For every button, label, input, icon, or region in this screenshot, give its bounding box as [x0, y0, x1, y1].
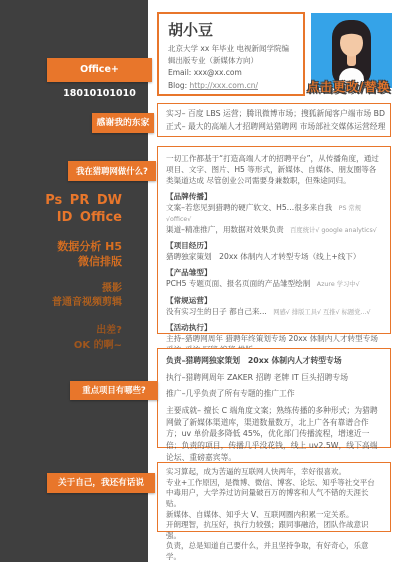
work-item-text: 文案–若您见到猎聘的硬广软文、H5…很多来自我	[166, 203, 332, 212]
skills-group-data: 数据分析 H5 微信排版	[0, 239, 122, 269]
work-item: 文案–若您见到猎聘的硬广软文、H5…很多来自我 PS 常规 √office√	[166, 202, 382, 224]
email-line: Email: xxx@xx.com	[168, 67, 294, 79]
blog-label: Blog:	[168, 81, 187, 90]
work-section-brand: 【品牌传播】 文案–若您见到猎聘的硬广软文、H5…很多来自我 PS 常规 √of…	[166, 191, 382, 235]
about-line: 实习算起，成为苦逼的互联网人快两年，幸好很喜欢。	[166, 467, 382, 478]
skill-line: OK 的啊~	[0, 338, 122, 353]
skill-line: 数据分析 H5	[0, 239, 122, 254]
education-line: 北京大学 xx 年毕业 电视新闻学院编辑出版专业（新媒体方向）	[168, 43, 294, 66]
work-section-heading: 【品牌传播】	[166, 191, 382, 202]
skill-line: 出差?	[0, 323, 122, 338]
employers-internship-line: 实习– 百度 LBS 运营；腾讯微博市场；搜狐新闻客户端市场 BD	[166, 108, 382, 121]
work-item-text: 主持–猎聘网周年 猎聘年终策划专场 20xx 体制内人才转型专场	[166, 334, 378, 343]
blog-link[interactable]: http://xxx.com.cn/	[190, 81, 258, 90]
project-exec-line: 执行–猎聘网周年 ZAKER 招聘 老牌 IT 巨头招聘专场	[166, 372, 382, 384]
skill-line: 摄影	[0, 282, 122, 296]
section-label-employers: 感谢我的东家	[92, 113, 154, 133]
projects-card: 负责–猎聘网独家策划 20xx 体制内人才转型专场 执行–猎聘网周年 ZAKER…	[157, 348, 391, 448]
blog-line: Blog: http://xxx.com.cn/	[168, 80, 294, 92]
resume-page: Office+ 18010101010 感谢我的东家 我在猎聘网做什么? 重点项…	[0, 0, 400, 565]
name-card: 胡小豆 北京大学 xx 年毕业 电视新闻学院编辑出版专业（新媒体方向） Emai…	[157, 12, 305, 96]
section-label-about: 关于自己，我还有话说	[47, 473, 155, 493]
profile-photo[interactable]: 点击更改/替换	[311, 13, 392, 88]
about-line: 开朗理智，抗压好，执行力较强；跟同事融洽，团队作战意识强。	[166, 520, 382, 541]
skills-group-media: 摄影 普通音视频剪辑	[0, 282, 122, 310]
contact-ribbon: Office+ 18010101010	[47, 58, 152, 82]
employers-card: 实习– 百度 LBS 运营；腾讯微博市场；搜狐新闻客户端市场 BD 正式– 最大…	[157, 103, 391, 137]
skills-group-travel: 出差? OK 的啊~	[0, 323, 122, 353]
work-item-note: 网感√ 排版工具√ 互推√ 标题党...√	[273, 309, 370, 316]
skill-line: Ps PR DW	[0, 192, 122, 209]
work-item: 没有实习生的日子 都自己来... 网感√ 排版工具√ 互推√ 标题党...√	[166, 306, 382, 317]
work-section-heading: 【常规运营】	[166, 295, 382, 306]
work-section-operations: 【常规运营】 没有实习生的日子 都自己来... 网感√ 排版工具√ 互推√ 标题…	[166, 295, 382, 317]
candidate-name: 胡小豆	[168, 21, 294, 39]
skill-line: ID Office	[0, 209, 122, 226]
about-line: 负责，总是知道自己要什么，并且坚持争取，有好奇心，乐意学。	[166, 541, 382, 562]
about-card: 实习算起，成为苦逼的互联网人快两年，幸好很喜欢。 专业+工作原因，是微博、微信、…	[157, 462, 391, 532]
work-card: 一切工作都基于“打造高端人才的招聘平台”，从传播角度，通过项目、文字、图片、H5…	[157, 146, 391, 334]
about-line: 新媒体、自媒体、知乎大 V、互联网圈内积累一定关系。	[166, 510, 382, 521]
skills-group-software: Ps PR DW ID Office	[0, 192, 122, 226]
work-item-text: 猎聘独家策划 20xx 体制内人才转型专场（线上+线下）	[166, 252, 361, 261]
about-line: 专业+工作原因，是微博、微信、博客、论坛、知乎等社交平台中毒用户，大学养过访问量…	[166, 478, 382, 510]
work-item: 猎聘独家策划 20xx 体制内人才转型专场（线上+线下）	[166, 251, 382, 262]
work-section-heading: 【产品雏型】	[166, 267, 382, 278]
work-item-text: PCH5 专题页面、报名页面的产品雏型绘制	[166, 279, 310, 288]
work-section-heading: 【活动执行】	[166, 322, 382, 333]
work-section-heading: 【项目经历】	[166, 240, 382, 251]
work-item-note: Azure 学习中√	[317, 281, 360, 288]
work-item: PCH5 专题页面、报名页面的产品雏型绘制 Azure 学习中√	[166, 278, 382, 289]
work-item-text: 没有实习生的日子 都自己来...	[166, 307, 267, 316]
project-lead-line: 负责–猎聘网独家策划 20xx 体制内人才转型专场	[166, 355, 382, 367]
work-section-prototype: 【产品雏型】 PCH5 专题页面、报名页面的产品雏型绘制 Azure 学习中√	[166, 267, 382, 289]
skill-line: 微信排版	[0, 254, 122, 269]
person-illustration	[311, 13, 392, 88]
work-section-project: 【项目经历】 猎聘独家策划 20xx 体制内人才转型专场（线上+线下）	[166, 240, 382, 262]
section-label-projects: 重点项目有哪些?	[70, 381, 158, 400]
work-intro: 一切工作都基于“打造高端人才的招聘平台”，从传播角度，通过项目、文字、图片、H5…	[166, 153, 382, 186]
employers-fulltime-line: 正式– 最大的高端人才招聘网站猎聘网 市场部社交媒体运营经理	[166, 121, 382, 134]
work-item-text: 渠道–精准推广，用数据对效果负责	[166, 225, 284, 234]
skills-list: Ps PR DW ID Office 数据分析 H5 微信排版 摄影 普通音视频…	[0, 192, 122, 366]
photo-replace-hint: 点击更改/替换	[307, 78, 390, 95]
section-label-work: 我在猎聘网做什么?	[68, 161, 156, 181]
project-promo-line: 推广–几乎负责了所有专题的推广工作	[166, 388, 382, 400]
project-achievements: 主要成就– 擅长 C 端角度文案；熟练传播的多种形式；为猎聘网做了新媒体渠道库，…	[166, 405, 382, 463]
work-item: 主持–猎聘网周年 猎聘年终策划专场 20xx 体制内人才转型专场	[166, 333, 382, 344]
work-item: 渠道–精准推广，用数据对效果负责 百度统计√ google analytics√	[166, 224, 382, 235]
work-item-note: 百度统计√ google analytics√	[290, 227, 377, 234]
skill-line: 普通音视频剪辑	[0, 296, 122, 310]
